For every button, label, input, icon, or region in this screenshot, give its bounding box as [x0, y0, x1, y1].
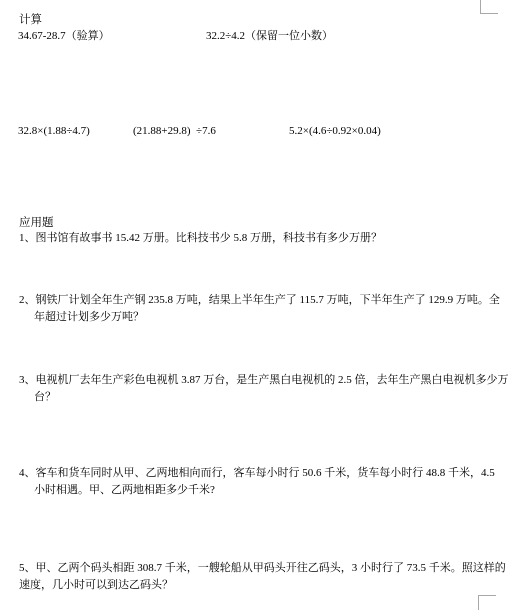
text-boundary-corner-bottom-right-icon — [478, 595, 496, 610]
calc-expression-5: 5.2×(4.6÷0.92×0.04) — [289, 124, 381, 138]
calculation-section-title: 计算 — [19, 13, 42, 27]
problem-1: 1、图书馆有故事书 15.42 万册。比科技书少 5.8 万册，科技书有多少万册… — [19, 230, 489, 247]
calc-expression-4: (21.88+29.8) ÷7.6 — [133, 124, 216, 138]
worksheet-page: 计算 34.67-28.7（验算） 32.2÷4.2（保留一位小数） 32.8×… — [0, 0, 510, 610]
calc-expression-2: 32.2÷4.2（保留一位小数） — [206, 29, 333, 43]
problem-5-line-2: 速度，几小时可以到达乙码头？ — [19, 577, 489, 594]
problem-2-line-2: 年超过计划多少万吨？ — [34, 309, 489, 326]
word-problems-section-title: 应用题 — [19, 216, 54, 230]
problem-4: 4、客车和货车同时从甲、乙两地相向而行，客车每小时行 50.6 千米，货车每小时… — [19, 465, 489, 499]
problem-2-line-1: 2、钢铁厂计划全年生产钢 235.8 万吨，结果上半年生产了 115.7 万吨，… — [19, 292, 489, 309]
problem-3-line-2: 台？ — [34, 389, 489, 406]
text-boundary-corner-top-right-icon — [480, 0, 498, 14]
calc-expression-3: 32.8×(1.88÷4.7) — [18, 124, 90, 138]
problem-3: 3、电视机厂去年生产彩色电视机 3.87 万台，是生产黑白电视机的 2.5 倍，… — [19, 372, 489, 406]
calc-expression-1: 34.67-28.7（验算） — [18, 29, 110, 43]
problem-3-line-1: 3、电视机厂去年生产彩色电视机 3.87 万台，是生产黑白电视机的 2.5 倍，… — [19, 372, 489, 389]
problem-4-line-1: 4、客车和货车同时从甲、乙两地相向而行，客车每小时行 50.6 千米，货车每小时… — [19, 465, 489, 482]
problem-1-line-1: 1、图书馆有故事书 15.42 万册。比科技书少 5.8 万册，科技书有多少万册… — [19, 230, 489, 247]
problem-4-line-2: 小时相遇。甲、乙两地相距多少千米? — [34, 482, 489, 499]
problem-5-line-1: 5、甲、乙两个码头相距 308.7 千米，一艘轮船从甲码头开往乙码头，3 小时行… — [19, 560, 489, 577]
problem-2: 2、钢铁厂计划全年生产钢 235.8 万吨，结果上半年生产了 115.7 万吨，… — [19, 292, 489, 326]
problem-5: 5、甲、乙两个码头相距 308.7 千米，一艘轮船从甲码头开往乙码头，3 小时行… — [19, 560, 489, 594]
